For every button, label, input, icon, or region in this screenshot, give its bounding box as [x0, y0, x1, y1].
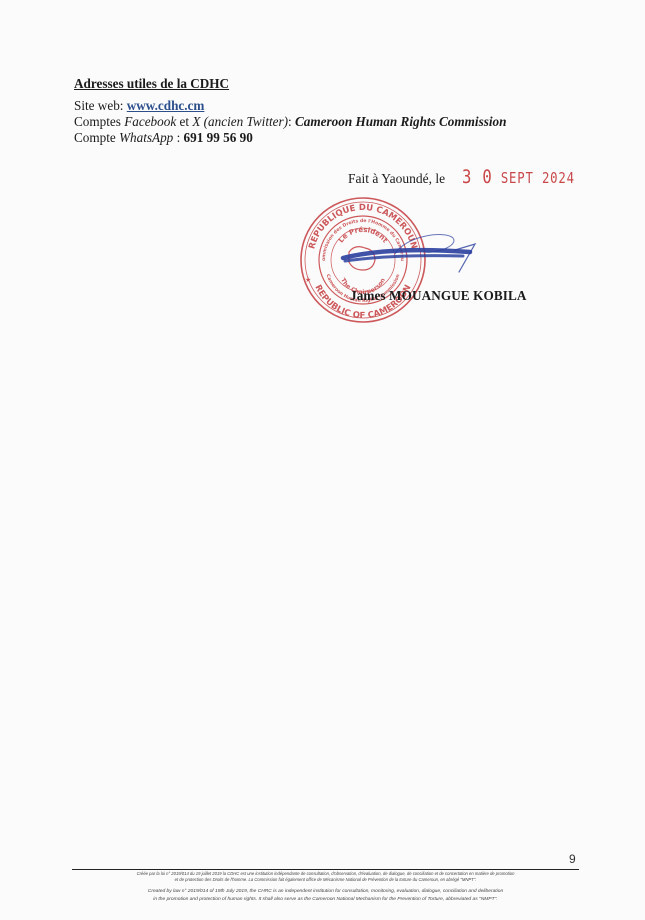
date-stamp: 3 0 SEPT 2024	[462, 166, 575, 188]
date-stamp-month-year: SEPT 2024	[501, 169, 575, 187]
page-number: 9	[569, 852, 576, 866]
place-date-text: Fait à Yaoundé, le	[348, 171, 445, 187]
date-stamp-day: 3 0	[462, 166, 493, 188]
footer-french: Créée par la loi n° 2019/014 du 19 juill…	[72, 871, 579, 883]
website-link[interactable]: www.cdhc.cm	[127, 98, 205, 113]
social-line: Comptes Facebook et X (ancien Twitter): …	[74, 114, 506, 130]
svg-text:★: ★	[305, 276, 311, 284]
whatsapp-line: Compte WhatsApp : 691 99 56 90	[74, 130, 506, 146]
signer-name: James MOUANGUE KOBILA	[350, 288, 526, 304]
section-heading: Adresses utiles de la CDHC	[74, 76, 506, 92]
whatsapp-label: WhatsApp	[119, 130, 173, 145]
social-account-name: Cameroon Human Rights Commission	[295, 114, 506, 129]
footer-divider	[72, 869, 579, 870]
whatsapp-number: 691 99 56 90	[184, 130, 253, 145]
useful-addresses-section: Adresses utiles de la CDHC Site web: www…	[74, 76, 506, 146]
signature-icon	[335, 228, 485, 278]
facebook-label: Facebook	[124, 114, 176, 129]
footer-english: Created by law n° 2019/014 of 19th July …	[72, 888, 579, 904]
x-label: X (ancien Twitter)	[192, 114, 288, 129]
website-line: Site web: www.cdhc.cm	[74, 98, 506, 114]
